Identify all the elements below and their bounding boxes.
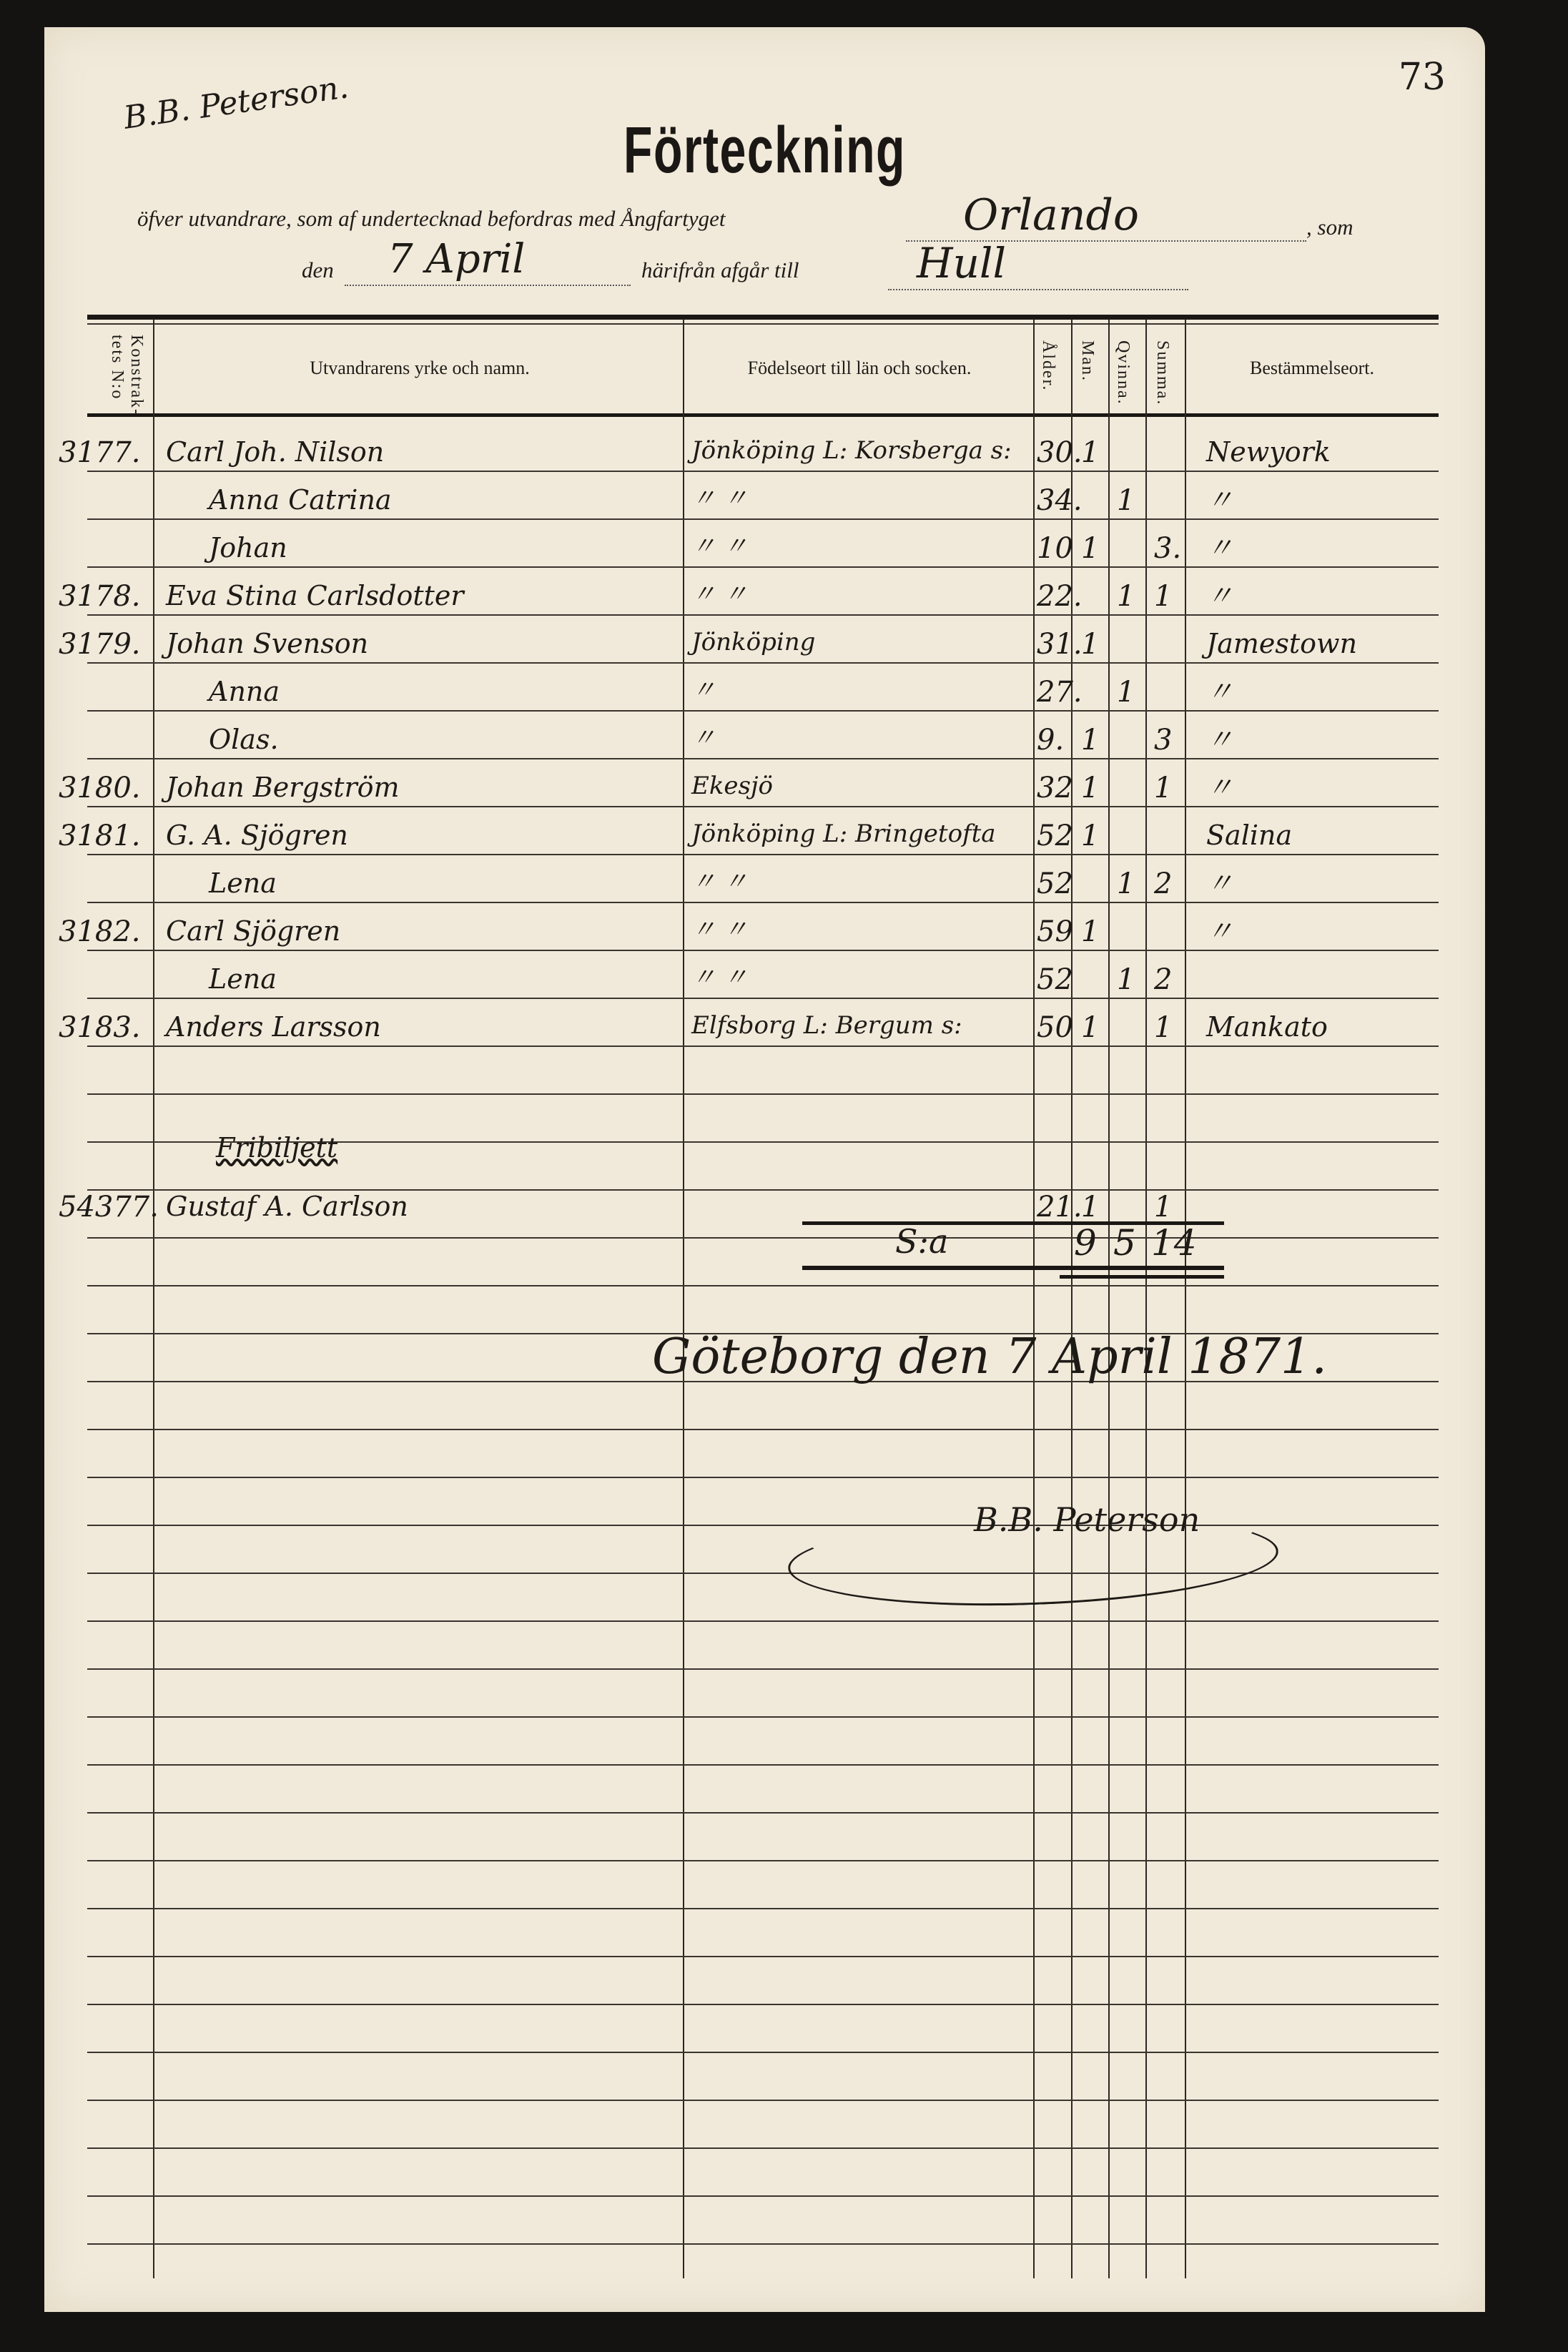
ruled-line [87,1716,1439,1718]
cell-man: 1 [1081,822,1099,850]
cell-destination: 〃 [1206,678,1233,705]
ruled-line [87,1620,1439,1622]
cell-age: 50 [1037,1013,1073,1042]
cell-man: 1 [1081,917,1099,946]
cell-name: Gustaf A. Carlson [166,1193,408,1220]
cell-name: G. A. Sjögren [166,822,348,849]
cell-name: Anna [209,678,280,705]
den-text: den [302,257,334,283]
cell-name: Lena [209,965,277,993]
place-date: Göteborg den 7 April 1871. [652,1329,1327,1385]
cell-woman: 1 [1117,582,1135,611]
cell-birthplace: Ekesjö [691,774,773,798]
cell-birthplace: Jönköping L: Korsberga s: [691,438,1012,463]
cell-age: 31. [1037,630,1083,659]
ruled-line [87,806,1439,807]
header-man: Man. [1078,340,1097,412]
cell-birthplace: 〃 〃 [691,486,748,511]
cell-age: 32 [1037,774,1073,802]
cell-destination: Newyork [1206,438,1331,466]
cell-contract-no: 3181. [59,822,141,850]
ruled-line [87,518,1439,520]
cell-destination: 〃 [1206,774,1233,801]
page-number: 73 [1399,56,1446,99]
cell-sum: 3. [1154,534,1181,563]
cell-contract-no: 3182. [59,917,141,946]
cell-sum: 1 [1154,582,1172,611]
cell-birthplace: Jönköping [691,630,815,654]
contract-divider [153,319,154,2278]
header-contract-no: Konstrak-tets N:o [107,335,146,413]
cell-sum: 3 [1154,726,1172,754]
cell-birthplace: 〃 〃 [691,917,748,942]
ruled-line [87,1525,1439,1526]
cell-age: 34. [1037,486,1083,515]
ruled-line [87,1812,1439,1814]
cell-name: Fribiljett [216,1134,337,1161]
ruled-line [87,950,1439,951]
ruled-line [87,2195,1439,2197]
page-title: Förteckning [246,113,1283,188]
cell-man: 1 [1081,1013,1099,1042]
cell-contract-no: 3180. [59,774,141,802]
header-name: Utvandrarens yrke och namn. [155,358,684,379]
ruled-line [87,1093,1439,1095]
ruled-line [87,1908,1439,1909]
cell-contract-no: 3178. [59,582,141,611]
cell-birthplace: Elfsborg L: Bergum s: [691,1013,962,1038]
cell-woman: 1 [1117,870,1135,898]
cell-contract-no: 3179. [59,630,141,659]
cell-age: 10 [1037,534,1073,563]
header-top-rule [87,315,1439,320]
total-woman: 5 [1113,1225,1136,1261]
destination-divider [1185,319,1186,2278]
cell-name: Lena [209,870,277,897]
som-text: , som [1306,215,1353,240]
total-rule-double [1060,1275,1224,1279]
cell-contract-no: 3183. [59,1013,141,1042]
cell-sum: 1 [1154,774,1172,802]
cell-sum: 2 [1154,870,1172,898]
ship-name: Orlando [963,190,1139,240]
cell-destination: 〃 [1206,582,1233,609]
cell-age: 59 [1037,917,1073,946]
age-divider [1033,319,1035,2278]
cell-name: Anders Larsson [166,1013,381,1040]
cell-sum: 1 [1154,1013,1172,1042]
cell-birthplace: 〃 〃 [691,870,748,894]
cell-man: 1 [1081,726,1099,754]
departure-date: 7 April [388,236,525,282]
total-rule-bottom [802,1266,1224,1270]
man-divider [1071,319,1073,2278]
cell-destination: 〃 [1206,870,1233,897]
cell-woman: 1 [1117,486,1135,515]
destination-port-field: Hull [888,253,1188,290]
cell-destination: Jamestown [1206,630,1357,657]
cell-destination: 〃 [1206,917,1233,945]
cell-birthplace: 〃 [691,726,716,750]
ruled-line [87,2100,1439,2101]
cell-destination: Mankato [1206,1013,1328,1040]
header-sum: Summa. [1153,340,1172,412]
cell-age: 9. [1037,726,1064,754]
ruled-line [87,2147,1439,2149]
cell-woman: 1 [1117,678,1135,707]
ruled-line [87,758,1439,759]
woman-divider [1108,319,1110,2278]
cell-age: 52 [1037,870,1073,898]
cell-name: Johan Svenson [166,630,368,657]
ruled-line [87,1285,1439,1286]
cell-sum: 1 [1154,1193,1172,1221]
cell-man: 1 [1081,774,1099,802]
cell-age: 22. [1037,582,1083,611]
cell-name: Johan Bergström [166,774,400,801]
total-man: 9 [1074,1225,1097,1261]
ruled-line [87,2052,1439,2053]
cell-woman: 1 [1117,965,1135,994]
cell-name: Olas. [209,726,279,753]
cell-man: 1 [1081,438,1099,467]
cell-man: 1 [1081,1193,1099,1221]
cell-age: 52 [1037,822,1073,850]
ruled-line [87,854,1439,855]
cell-man: 1 [1081,630,1099,659]
ruled-line [87,471,1439,472]
cell-contract-no: 3177. [59,438,141,467]
header-destination: Bestämmelseort. [1187,358,1437,379]
sum-divider [1145,319,1147,2278]
ruled-line [87,998,1439,999]
harifran-text: härifrån afgår till [641,257,799,283]
cell-contract-no: 54377. [59,1193,159,1221]
header-age: Ålder. [1038,340,1057,412]
ruled-line [87,1429,1439,1430]
cell-destination: 〃 [1206,486,1233,513]
cell-birthplace: 〃 〃 [691,582,748,606]
ruled-line [87,1860,1439,1861]
header-top-rule-thin [87,323,1439,325]
cell-birthplace: Jönköping L: Bringetofta [691,822,996,846]
cell-name: Johan [209,534,287,561]
header-birthplace: Födelseort till län och socken. [684,358,1035,379]
ruled-line [87,614,1439,616]
signature: B.B. Peterson [974,1500,1200,1539]
date-field: 7 April [345,249,631,286]
cell-destination: 〃 [1206,726,1233,753]
cell-birthplace: 〃 〃 [691,965,748,990]
cell-sum: 2 [1154,965,1172,994]
destination-port: Hull [917,239,1006,287]
name-divider [683,319,684,2278]
total-label: S:a [895,1225,948,1258]
ruled-line [87,1237,1439,1239]
total-sum: 14 [1151,1225,1197,1261]
document-page: B.B. Peterson. 73 Förteckning öfver utva… [44,27,1485,2312]
ruled-line [87,1477,1439,1478]
cell-age: 30. [1037,438,1083,467]
cell-man: 1 [1081,534,1099,563]
ruled-line [87,1764,1439,1766]
ruled-line [87,1045,1439,1047]
ruled-line [87,710,1439,712]
ruled-line [87,566,1439,568]
cell-name: Carl Joh. Nilson [166,438,384,466]
intro-text: öfver utvandrare, som af undertecknad be… [137,206,726,232]
cell-birthplace: 〃 [691,678,716,702]
ruled-line [87,1956,1439,1957]
cell-destination: 〃 [1206,534,1233,561]
ruled-line [87,662,1439,664]
header-bottom-rule [87,413,1439,417]
cell-name: Eva Stina Carlsdotter [166,582,464,609]
ruled-line [87,2004,1439,2005]
cell-age: 52 [1037,965,1073,994]
cell-birthplace: 〃 〃 [691,534,748,559]
cell-age: 27. [1037,678,1083,707]
ship-name-field: Orlando [906,206,1306,242]
cell-destination: Salina [1206,822,1292,849]
cell-name: Anna Catrina [209,486,392,513]
ruled-line [87,1668,1439,1670]
header-woman: Qvinna. [1113,340,1133,412]
ruled-line [87,2243,1439,2245]
cell-age: 21. [1037,1193,1083,1221]
cell-name: Carl Sjögren [166,917,340,945]
ruled-line [87,902,1439,903]
